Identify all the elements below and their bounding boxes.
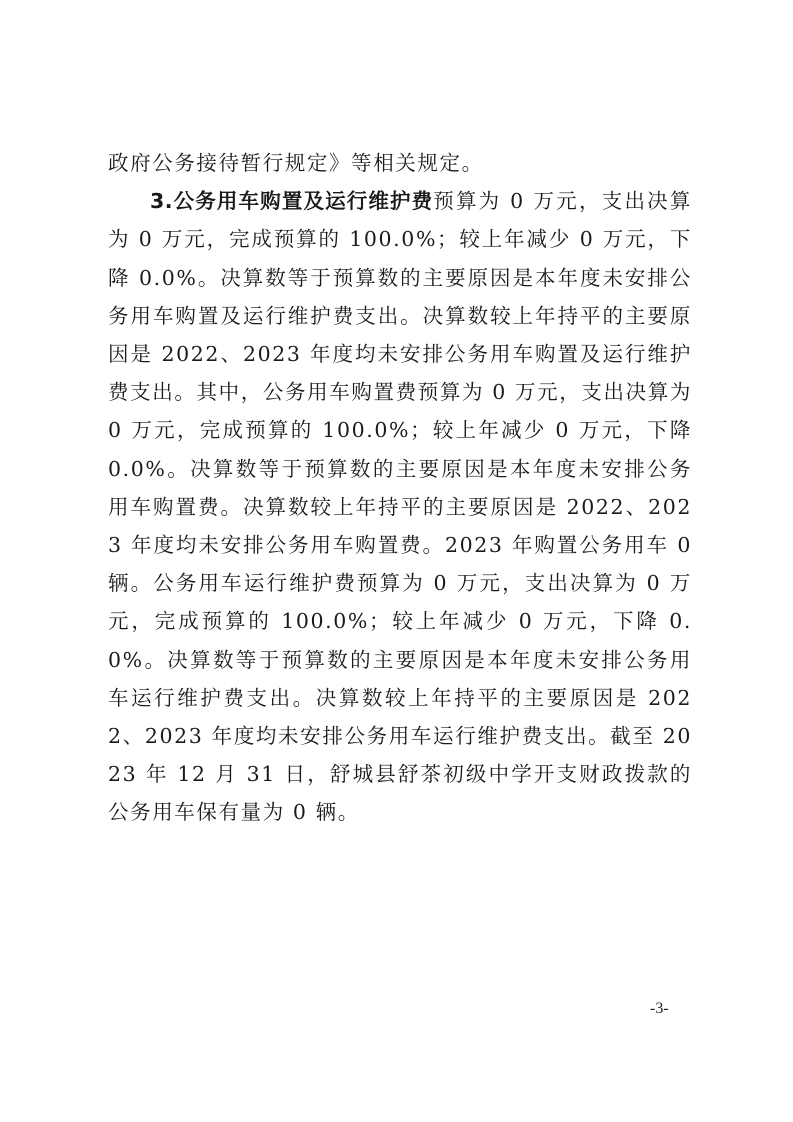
document-page: 政府公务接待暂行规定》等相关规定。 3.公务用车购置及运行维护费预算为 0 万元… [0,0,793,1122]
body-text: 政府公务接待暂行规定》等相关规定。 3.公务用车购置及运行维护费预算为 0 万元… [108,144,692,832]
page-number: -3- [650,1000,669,1018]
section-body: 预算为 0 万元，支出决算为 0 万元，完成预算的 100.0%；较上年减少 0… [108,189,692,824]
section-heading: 3.公务用车购置及运行维护费 [150,189,433,213]
paragraph-continuation: 政府公务接待暂行规定》等相关规定。 [108,144,692,182]
paragraph-section-3: 3.公务用车购置及运行维护费预算为 0 万元，支出决算为 0 万元，完成预算的 … [108,182,692,831]
